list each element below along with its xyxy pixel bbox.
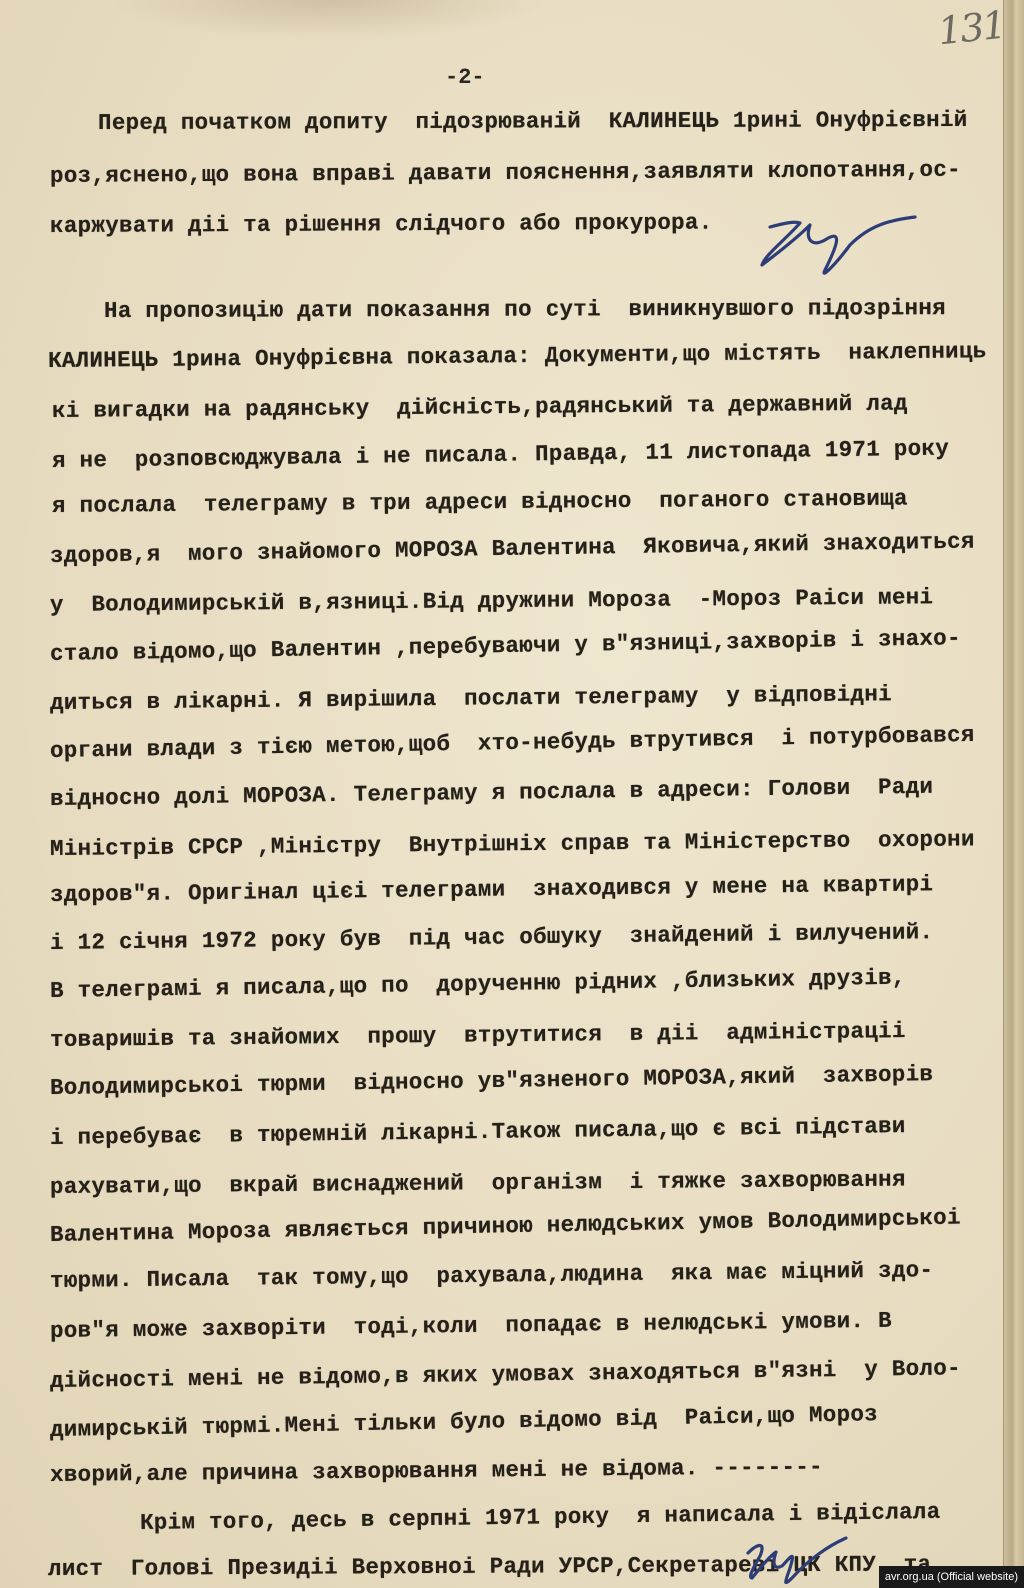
text-line: димирськiй тюрмi.Менi тiльки було вiдомо… xyxy=(50,1401,878,1443)
text-line: роз,яснено,що вона вправi давати пояснен… xyxy=(50,157,961,189)
signature-top-icon xyxy=(750,195,930,275)
text-line: i 12 сiчня 1972 року був пiд час обшуку … xyxy=(50,919,934,956)
text-line: Володимирськоi тюрми вiдносно ув"язненог… xyxy=(50,1061,934,1101)
text-line: вiдносно долi МОРОЗА. Телеграму я послал… xyxy=(50,774,934,812)
text-line: Мiнiстрiв СРСР ,Мiнiстру Внутрiшнiх спра… xyxy=(50,826,975,862)
document-page: 131 -2- Перед початком допиту пiдозрюван… xyxy=(0,0,1024,1588)
text-line: тюрми. Писала так тому,що рахувала,людин… xyxy=(50,1257,934,1294)
text-line: рахувати,що вкрай виснаджений органiзм i… xyxy=(50,1167,906,1200)
text-line: дiйсностi менi не вiдомо,в яких умовах з… xyxy=(50,1355,961,1394)
text-line: КАЛИНЕЦЬ 1рина Онуфрiєвна показала: Доку… xyxy=(48,338,987,374)
text-line: Перед початком допиту пiдозрюванiй КАЛИН… xyxy=(98,107,968,136)
text-line: органи влади з тiєю метою,щоб хто-небудь… xyxy=(50,722,975,764)
text-line: у Володимирськiй в,язницi.Вiд дружини Мо… xyxy=(50,584,934,618)
signature-bottom-icon xyxy=(738,1528,858,1588)
text-line: здоров,я мого знайомого МОРОЗА Валентина… xyxy=(50,528,975,569)
text-line: хворий,але причина захворювання менi не … xyxy=(50,1454,823,1488)
folio-number: 131 xyxy=(936,3,1007,54)
text-line: диться в лiкарнi. Я вирiшила послати тел… xyxy=(50,681,892,716)
text-line: товаришiв та знайомих прошу втрутитися в… xyxy=(50,1018,906,1053)
source-watermark: avr.org.ua (Official website) xyxy=(879,1566,1024,1588)
text-line: Валентина Мороза являється причиною нелю… xyxy=(50,1205,961,1248)
page-number: -2- xyxy=(445,65,485,90)
text-line: я не розповсюджувала i не писала. Правда… xyxy=(52,435,949,474)
text-line: На пропозицiю дати показання по сутi вин… xyxy=(104,295,946,324)
text-line: кi вигадки на радянську дiйснiсть,радянс… xyxy=(52,391,908,424)
text-line: здоров"я. Оригiнал цiєi телеграми знаход… xyxy=(50,871,934,908)
text-line: ров"я може захворiти тодi,коли попадає в… xyxy=(50,1308,892,1344)
text-line: стало вiдомо,що Валентин ,перебуваючи у … xyxy=(50,625,961,667)
text-line: я послала телеграму в три адреси вiдносн… xyxy=(52,486,908,519)
page-binding-edge xyxy=(1003,0,1024,1588)
text-line: каржувати дii та рiшення слiдчого або пр… xyxy=(50,210,713,239)
text-line: В телеграмi я писала,що по дорученню рiд… xyxy=(50,965,906,1004)
text-line: i перебуває в тюремнiй лiкарнi.Також пис… xyxy=(50,1113,906,1151)
